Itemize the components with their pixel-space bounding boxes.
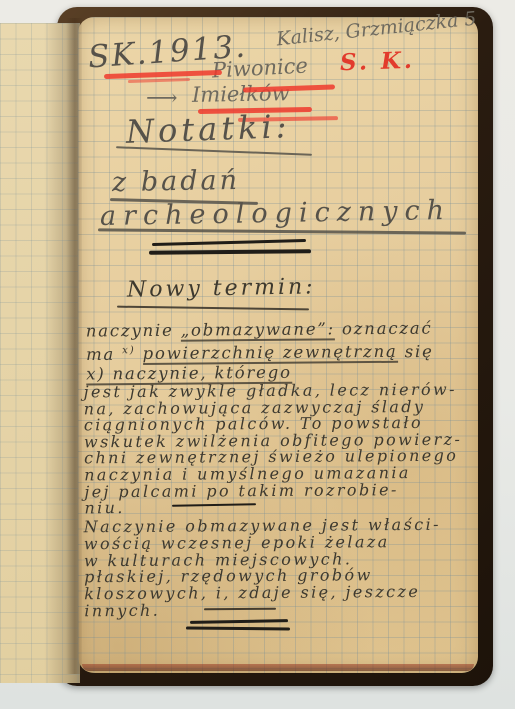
definition-line: naczynie „obmazywane”: oznaczać [86,318,434,341]
definition-paragraph: naczynie „obmazywane”: oznaczać ma x) po… [86,318,434,385]
closing-paragraph: Naczynie obmazywane jest właści- wością … [84,517,442,620]
notebook-scan: SK.1913. Kalisz, Grzmiączka 5 Piwonice S… [0,0,515,709]
title-line-2: z badań [112,165,240,198]
section-heading: Nowy termin: [127,274,316,302]
closing-line: innych. [84,601,441,620]
footnote-marker: x) [122,345,135,356]
place-piwonice: Piwonice [211,54,308,83]
definition-word: naczynie [86,321,174,341]
page-bottom-red-edge [82,664,474,671]
body-paragraph: jest jak zwykle gładka, lecz nierów- na,… [84,382,463,517]
title-line-3: archeologicznych [100,195,452,232]
definition-word: się [405,341,434,360]
definition-word: ma [86,344,115,363]
definition-word: oznaczać [342,318,433,338]
binding-gutter [66,18,82,674]
definition-line: ma x) powierzchnię zewnętrzną się [86,338,434,364]
definition-term-underlined: „obmazywane”: [181,319,335,341]
initials-red: S. K. [340,47,416,77]
arrow-mark-icon: ⟶ [146,86,178,111]
place-imielkow: Imiełków [192,81,290,107]
page-title: Notatki: [125,107,291,151]
